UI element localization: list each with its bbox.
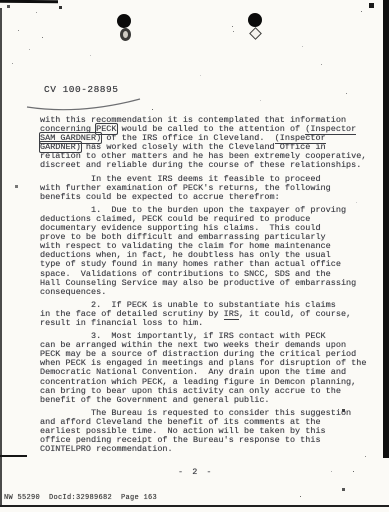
text-segment: discreet and reliable during the course …: [40, 160, 361, 170]
scan-edge-top-left: [0, 0, 58, 3]
hole-punch-right-icon: [248, 13, 262, 27]
handwritten-underline-swoosh: [25, 95, 145, 115]
paragraph: In the event IRS deems it feasible to pr…: [40, 175, 376, 202]
text-line: benefits could be expected to accrue the…: [40, 193, 376, 202]
text-line: benefit of the Government and general pu…: [40, 396, 376, 405]
text-segment: result in financial loss to him.: [40, 318, 203, 328]
scan-edge-bottom-left: [0, 455, 27, 457]
paragraph: 2. If PECK is unable to substantiate his…: [40, 301, 376, 328]
hole-punch-left-icon: [117, 14, 131, 28]
case-number: CV 100-28895: [44, 84, 118, 95]
document-text: with this recommendation it is contempla…: [40, 116, 376, 458]
text-line: discreet and reliable during the course …: [40, 161, 376, 170]
text-segment: , it could, of course,: [239, 309, 351, 319]
paragraph: 1. Due to the burden upon the taxpayer o…: [40, 206, 376, 297]
scanned-document-page: CV 100-28895 with this recommendation it…: [0, 0, 389, 512]
text-segment: COINTELPRO recommendation.: [40, 444, 173, 454]
text-segment: benefit of the Government and general pu…: [40, 395, 270, 405]
scan-bottom-rule: [0, 505, 389, 507]
text-line: COINTELPRO recommendation.: [40, 445, 376, 454]
hole-punch-right-shadow: [249, 27, 262, 40]
scan-edge-left: [0, 8, 2, 506]
paragraph: The Bureau is requested to consider this…: [40, 409, 376, 454]
text-segment: benefits could be expected to accrue the…: [40, 192, 280, 202]
scan-edge-right: [383, 0, 389, 458]
marked-name: IRS: [224, 309, 239, 320]
paragraph: 3. Most importantly, if IRS contact with…: [40, 332, 376, 405]
paragraph: with this recommendation it is contempla…: [40, 116, 376, 171]
text-segment: consequences.: [40, 287, 106, 297]
page-number: - 2 -: [178, 467, 214, 477]
archive-footer-reference: NW 55290 DocId:32989682 Page 163: [4, 494, 157, 502]
hole-punch-left-shadow: [120, 28, 131, 41]
text-line: result in financial loss to him.: [40, 319, 376, 328]
text-line: consequences.: [40, 288, 376, 297]
